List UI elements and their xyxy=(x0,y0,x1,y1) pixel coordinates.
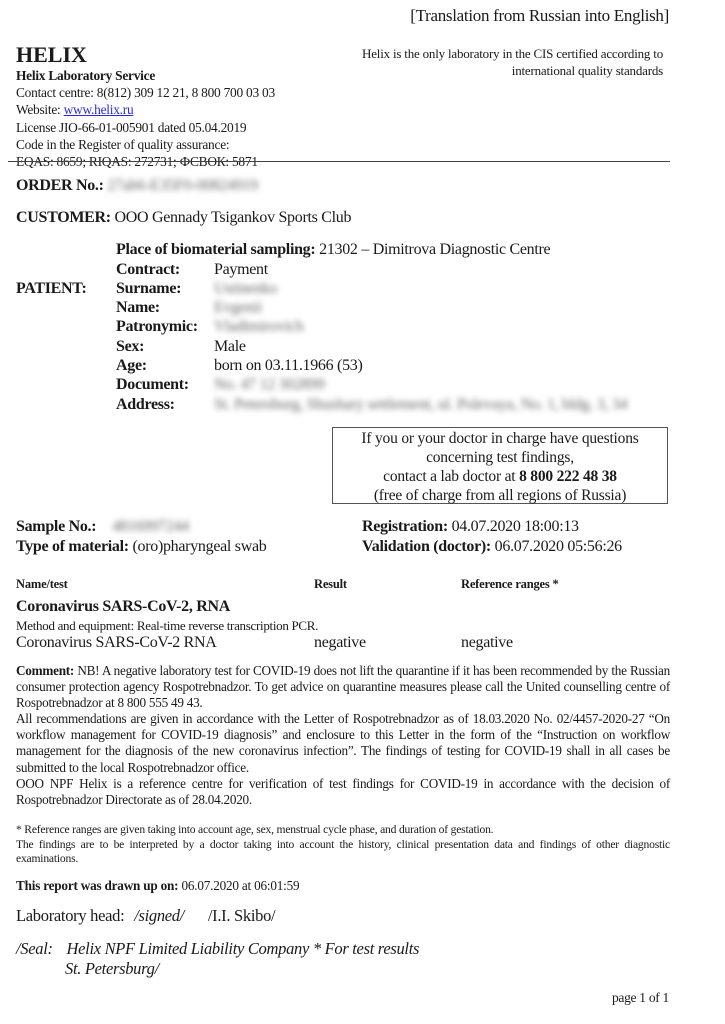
lab-info: Helix Laboratory Service Contact centre:… xyxy=(16,67,275,170)
result-row-reference: negative xyxy=(461,634,513,652)
footnote-block: * Reference ranges are given taking into… xyxy=(16,823,670,867)
material-type: Type of material: (oro)pharyngeal swab xyxy=(16,538,266,556)
patient-section-label: PATIENT: xyxy=(16,280,87,298)
report-drawn-value: 06.07.2020 at 06:01:59 xyxy=(181,878,299,893)
sample-label: Sample No.: xyxy=(16,518,96,535)
material-value: (oro)pharyngeal swab xyxy=(133,538,267,555)
certification-line-2: international quality standards xyxy=(362,62,663,79)
contact-box-line-3: contact a lab doctor at 8 800 222 48 38 xyxy=(333,467,667,486)
patient-contract-value: Payment xyxy=(214,261,268,279)
website: Website: www.helix.ru xyxy=(16,101,275,118)
sampling-place: Place of biomaterial sampling: 21302 – D… xyxy=(116,241,550,259)
comment-block: Comment: NB! A negative laboratory test … xyxy=(16,663,670,808)
patient-surname-redacted: Ustinenko xyxy=(214,280,277,298)
register-label: Code in the Register of quality assuranc… xyxy=(16,136,275,153)
column-header-name: Name/test xyxy=(16,577,68,592)
test-title: Coronavirus SARS-CoV-2, RNA xyxy=(16,598,230,616)
order-value-redacted: 27ab6-E35F0-00824919 xyxy=(107,177,257,194)
patient-patronymic-redacted: Vladimirovich xyxy=(214,318,303,336)
contact-value: 8(812) 309 12 21, 8 800 700 03 03 xyxy=(97,85,275,100)
result-row-name: Coronavirus SARS-CoV-2 RNA xyxy=(16,634,217,652)
seal-label: /Seal: xyxy=(16,939,53,958)
comment-paragraph-2: All recommendations are given in accorda… xyxy=(16,711,670,775)
patient-address-label: Address: xyxy=(116,396,175,414)
sampling-place-label: Place of biomaterial sampling: xyxy=(116,241,315,258)
signed-mark: /signed/ xyxy=(134,906,184,925)
comment-label: Comment: xyxy=(16,663,74,678)
seal-note: /Seal: Helix NPF Limited Liability Compa… xyxy=(16,939,419,979)
seal-company: Helix NPF Limited Liability Company * Fo… xyxy=(67,939,420,958)
customer-value: OOO Gennady Tsigankov Sports Club xyxy=(115,209,352,226)
seal-city: St. Petersburg/ xyxy=(16,959,419,979)
registration-label: Registration: xyxy=(362,518,448,535)
footnote-reference-ranges: * Reference ranges are given taking into… xyxy=(16,823,670,838)
lab-head-label: Laboratory head: xyxy=(16,906,124,925)
customer: CUSTOMER: OOO Gennady Tsigankov Sports C… xyxy=(16,209,351,227)
lab-service-name: Helix Laboratory Service xyxy=(16,67,275,84)
patient-address-redacted: St. Petersburg, Shushary settlement, ul.… xyxy=(214,396,627,414)
result-row-result: negative xyxy=(314,634,366,652)
sample-number: Sample No.: 4816997244 xyxy=(16,518,189,536)
contact-label: Contact centre: xyxy=(16,85,94,100)
patient-sex-label: Sex: xyxy=(116,338,144,356)
comment-paragraph-3: OOO NPF Helix is a reference centre for … xyxy=(16,776,670,808)
order-label: ORDER No.: xyxy=(16,177,104,194)
patient-patronymic-label: Patronymic: xyxy=(116,318,198,336)
material-label: Type of material: xyxy=(16,538,129,555)
sample-value-redacted: 4816997244 xyxy=(112,518,189,535)
patient-name-redacted: Evgenii xyxy=(214,299,262,317)
patient-age-value: born on 03.11.1966 (53) xyxy=(214,357,363,375)
validation-value: 06.07.2020 05:56:26 xyxy=(495,538,622,555)
comment-paragraph-1: Comment: NB! A negative laboratory test … xyxy=(16,663,670,711)
order-number: ORDER No.: 27ab6-E35F0-00824919 xyxy=(16,177,258,195)
sampling-place-value: 21302 – Dimitrova Diagnostic Centre xyxy=(319,241,550,258)
laboratory-head-signature: Laboratory head: /signed/ /I.I. Skibo/ xyxy=(16,906,275,926)
patient-surname-label: Surname: xyxy=(116,280,181,298)
website-label: Website: xyxy=(16,102,61,117)
validation-label: Validation (doctor): xyxy=(362,538,491,555)
lab-brand-logo: HELIX xyxy=(16,42,87,68)
report-drawn-label: This report was drawn up on: xyxy=(16,878,178,893)
seal-line-1: /Seal: Helix NPF Limited Liability Compa… xyxy=(16,939,419,959)
website-link[interactable]: www.helix.ru xyxy=(64,102,134,117)
patient-age-label: Age: xyxy=(116,357,147,375)
lab-doctor-phone: 8 800 222 48 38 xyxy=(519,468,617,485)
lab-doctor-contact-box: If you or your doctor in charge have que… xyxy=(332,427,668,504)
column-header-reference: Reference ranges * xyxy=(461,577,559,592)
contact-centre: Contact centre: 8(812) 309 12 21, 8 800 … xyxy=(16,84,275,101)
certification-note: Helix is the only laboratory in the CIS … xyxy=(362,45,663,79)
patient-document-label: Document: xyxy=(116,376,189,394)
validation: Validation (doctor): 06.07.2020 05:56:26 xyxy=(362,538,622,556)
page-number: page 1 of 1 xyxy=(612,990,669,1006)
patient-contract-label: Contract: xyxy=(116,261,180,279)
contact-box-line-1: If you or your doctor in charge have que… xyxy=(333,429,667,448)
patient-name-label: Name: xyxy=(116,299,160,317)
lab-head-name: /I.I. Skibo/ xyxy=(208,906,275,925)
header-divider xyxy=(8,161,670,162)
test-method: Method and equipment: Real-time reverse … xyxy=(16,618,318,634)
contact-box-prefix: contact a lab doctor at xyxy=(383,468,519,485)
registration-value: 04.07.2020 18:00:13 xyxy=(452,518,579,535)
contact-box-line-4: (free of charge from all regions of Russ… xyxy=(333,486,667,505)
registration: Registration: 04.07.2020 18:00:13 xyxy=(362,518,579,536)
comment-text-1: NB! A negative laboratory test for COVID… xyxy=(16,663,670,710)
certification-line-1: Helix is the only laboratory in the CIS … xyxy=(362,45,663,62)
footnote-interpretation: The findings are to be interpreted by a … xyxy=(16,838,670,867)
customer-label: CUSTOMER: xyxy=(16,209,111,226)
patient-document-redacted: No. 47 12 302899 xyxy=(214,376,325,394)
report-drawn-date: This report was drawn up on: 06.07.2020 … xyxy=(16,878,299,894)
license: License JIO-66-01-005901 dated 05.04.201… xyxy=(16,119,275,136)
column-header-result: Result xyxy=(314,577,347,592)
contact-box-line-2: concerning test findings, xyxy=(333,448,667,467)
translation-note: [Translation from Russian into English] xyxy=(410,6,669,26)
patient-sex-value: Male xyxy=(214,338,246,356)
